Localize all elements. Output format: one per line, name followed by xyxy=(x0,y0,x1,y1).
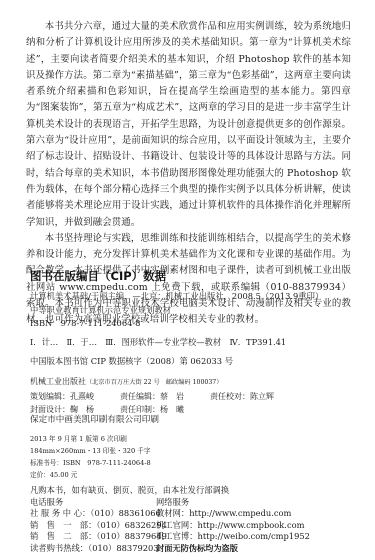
planning-editor: 策划编辑：孔熹峻 xyxy=(30,392,94,401)
web-line: 教材网：http://www.cmpedu.com xyxy=(156,508,310,519)
cip-number-line: 中国版本图书馆 CIP 数据核字（2008）第 062033 号 xyxy=(30,355,233,367)
phone-service-heading: 电话服务 xyxy=(30,497,167,508)
web-service: 网络服务 教材网：http://www.cmpedu.com 机工官网：http… xyxy=(156,497,310,554)
phone-line: 销 售 二 部：（010）88379649 xyxy=(30,531,167,542)
editors-line: 策划编辑：孔熹峻责任编辑：蔡 岩责任校对：陈立辉 xyxy=(30,390,274,404)
phone-service: 电话服务 社 服 务 中 心：（010）88361066 销 售 一 部：（01… xyxy=(30,497,167,554)
abstract-paragraph: 本书共分六章，通过大量的美术欣赏作品和应用实例训练，较为系统地归纳和分析了计算机… xyxy=(26,19,351,231)
cip-record: 计算机美术基础/于丽主编．—北京：机械工业出版社，2008.5（2013.9重印… xyxy=(30,290,360,331)
publisher-name: 机械工业出版社 xyxy=(30,377,86,386)
anti-piracy-notice: 封面无防伪标均为盗版 xyxy=(156,543,310,554)
web-service-heading: 网络服务 xyxy=(156,497,310,508)
phone-line: 销 售 一 部：（010）68326294 xyxy=(30,520,167,531)
print-info-block: 2013 年 9 月第 1 版第 6 次印刷 184mm×260mm・13 印张… xyxy=(30,433,151,481)
cip-heading: 图书在版编目（CIP）数据 xyxy=(30,268,166,284)
cip-series-line: 中等职业教育计算机示范专业规划教材 xyxy=(30,304,360,318)
cip-isbn-line: ISBN 978-7-111-24064-8 xyxy=(30,317,360,331)
price-line: 定价：45.00 元 xyxy=(30,469,151,481)
printer-line: 保定市中画美凯印刷有限公司印刷 xyxy=(30,413,159,425)
standard-isbn-line: 标准书号：ISBN 978-7-111-24064-8 xyxy=(30,457,151,469)
responsible-editor: 责任编辑：蔡 岩 xyxy=(120,392,184,401)
exchange-notice: 凡购本书，如有缺页、倒页、脱页，由本社发行部调换 xyxy=(30,484,370,496)
format-line: 184mm×260mm・13 印张・320 千字 xyxy=(30,445,151,457)
cip-catalog-line: Ⅰ．计… Ⅱ．于… Ⅲ．图形软件—专业学校—教材 Ⅳ．TP391.41 xyxy=(30,336,286,348)
phone-line: 社 服 务 中 心：（010）88361066 xyxy=(30,508,167,519)
publisher-block: 机械工业出版社（北京市百万庄大街 22 号 邮政编码 100037） 策划编辑：… xyxy=(30,375,274,417)
phone-line: 读者购书热线：（010）88379203 xyxy=(30,543,167,554)
web-line: 机工官博：http://weibo.com/cmp1952 xyxy=(156,531,310,542)
cip-record-line: 计算机美术基础/于丽主编．—北京：机械工业出版社，2008.5（2013.9重印… xyxy=(30,290,360,304)
publisher-address: （北京市百万庄大街 22 号 邮政编码 100037） xyxy=(86,379,222,386)
proofreader: 责任校对：陈立辉 xyxy=(210,392,274,401)
web-line: 机工官网：http://www.cmpbook.com xyxy=(156,520,310,531)
publisher-line: 机械工业出版社（北京市百万庄大街 22 号 邮政编码 100037） xyxy=(30,375,274,390)
edition-line: 2013 年 9 月第 1 版第 6 次印刷 xyxy=(30,433,151,445)
